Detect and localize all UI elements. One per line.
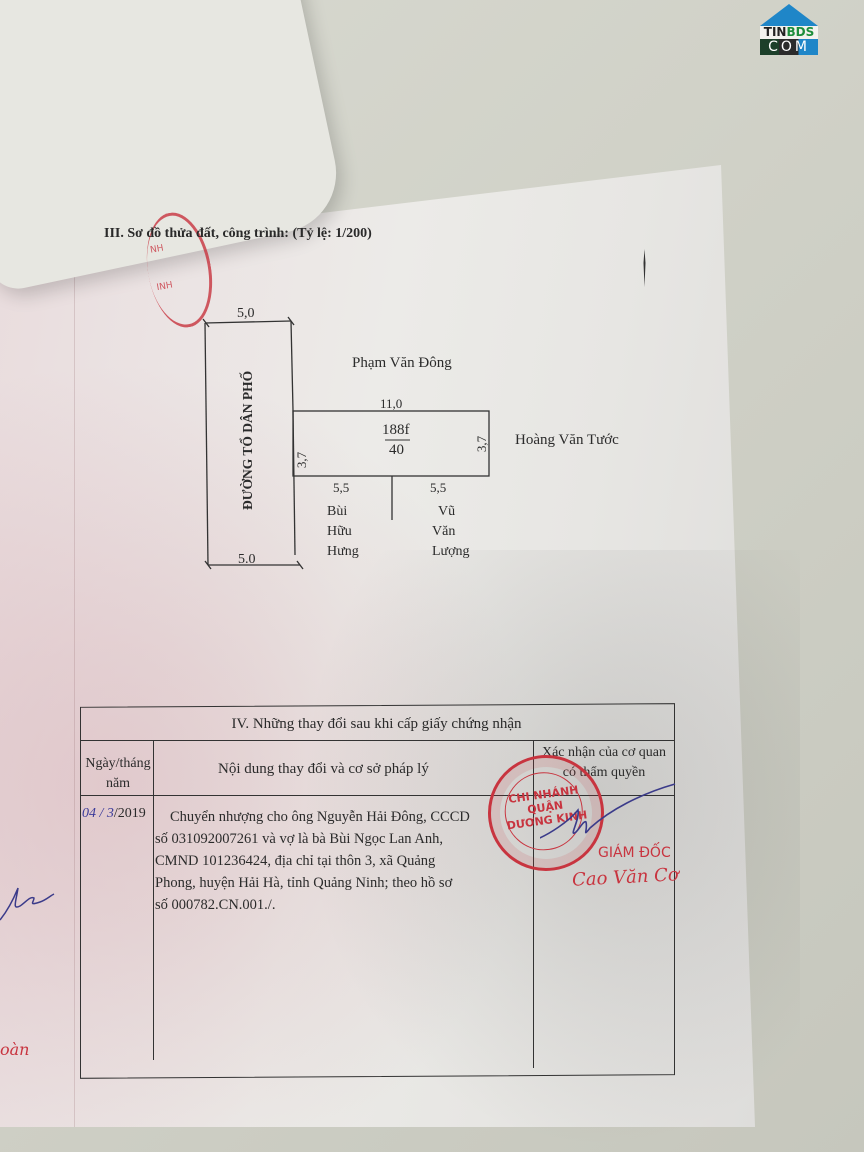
logo-tin: TIN [764, 25, 787, 39]
header-date-line1: Ngày/tháng [84, 754, 152, 774]
name-part: Hữu [327, 522, 359, 542]
lot-number: 188f [382, 422, 410, 439]
logo-text-line2: COM [760, 39, 818, 55]
neighbor-top: Phạm Văn Đông [352, 355, 452, 372]
left-margin-red-text: oàn [0, 1040, 29, 1059]
neighbor-right: Hoàng Văn Tước [515, 432, 619, 449]
date-printed: /2019 [114, 806, 146, 821]
road-width-bottom: 5.0 [238, 552, 256, 568]
lot-side-left: 3,7 [294, 452, 310, 468]
lot-side-right: 3,7 [474, 436, 490, 452]
name-part: Vũ [432, 502, 470, 522]
header-date: Ngày/tháng năm [84, 754, 152, 794]
content-line: số 031092007261 và vợ là bà Bùi Ngọc Lan… [155, 828, 526, 850]
stamp-fragment: NH [149, 244, 164, 256]
content-line: Chuyển nhượng cho ông Nguyễn Hải Đông, C… [170, 806, 526, 828]
neighbor-bottom-left: Bùi Hữu Hưng [327, 502, 359, 562]
section-3-title: III. Sơ đồ thửa đất, công trình: (Tỷ lệ:… [104, 226, 372, 242]
bottom-left-length: 5,5 [333, 480, 349, 496]
north-arrow-icon [643, 232, 646, 304]
logo-bds: BDS [786, 25, 814, 39]
header-date-line2: năm [84, 774, 152, 794]
handwritten-signature-icon [0, 880, 60, 930]
bottom-right-length: 5,5 [430, 480, 446, 496]
stamp-fragment: INH [156, 280, 174, 293]
lot-length-top: 11,0 [380, 396, 402, 412]
content-line: CMND 101236424, địa chỉ tại thôn 3, xã Q… [155, 850, 526, 872]
logo-text-line1: TINBDS [760, 26, 818, 39]
row-content: Chuyển nhượng cho ông Nguyễn Hải Đông, C… [170, 806, 526, 916]
signer-title: GIÁM ĐỐC [598, 845, 671, 861]
date-handwritten: 04 / 3 [82, 806, 114, 821]
content-line: số 000782.CN.001./. [155, 894, 526, 916]
table-divider [153, 740, 154, 1060]
section-4-title: IV. Những thay đổi sau khi cấp giấy chứn… [80, 705, 673, 741]
house-roof-icon [760, 4, 818, 26]
tinbds-logo: TINBDS COM [760, 4, 818, 55]
header-content: Nội dung thay đổi và cơ sở pháp lý [218, 761, 429, 778]
row-date: 04 / 3/2019 [82, 806, 146, 822]
road-label-text: ĐƯỜNG TỔ DÂN PHỐ [240, 371, 256, 510]
name-part: Hưng [327, 542, 359, 562]
table-divider [80, 740, 675, 741]
lot-area: 40 [389, 442, 404, 459]
road-width-top: 5,0 [237, 306, 255, 322]
name-part: Bùi [327, 502, 359, 522]
content-line: Phong, huyện Hải Hà, tỉnh Quảng Ninh; th… [155, 872, 526, 894]
name-part: Lượng [432, 542, 470, 562]
name-part: Văn [432, 522, 470, 542]
neighbor-bottom-right: Vũ Văn Lượng [432, 502, 470, 562]
